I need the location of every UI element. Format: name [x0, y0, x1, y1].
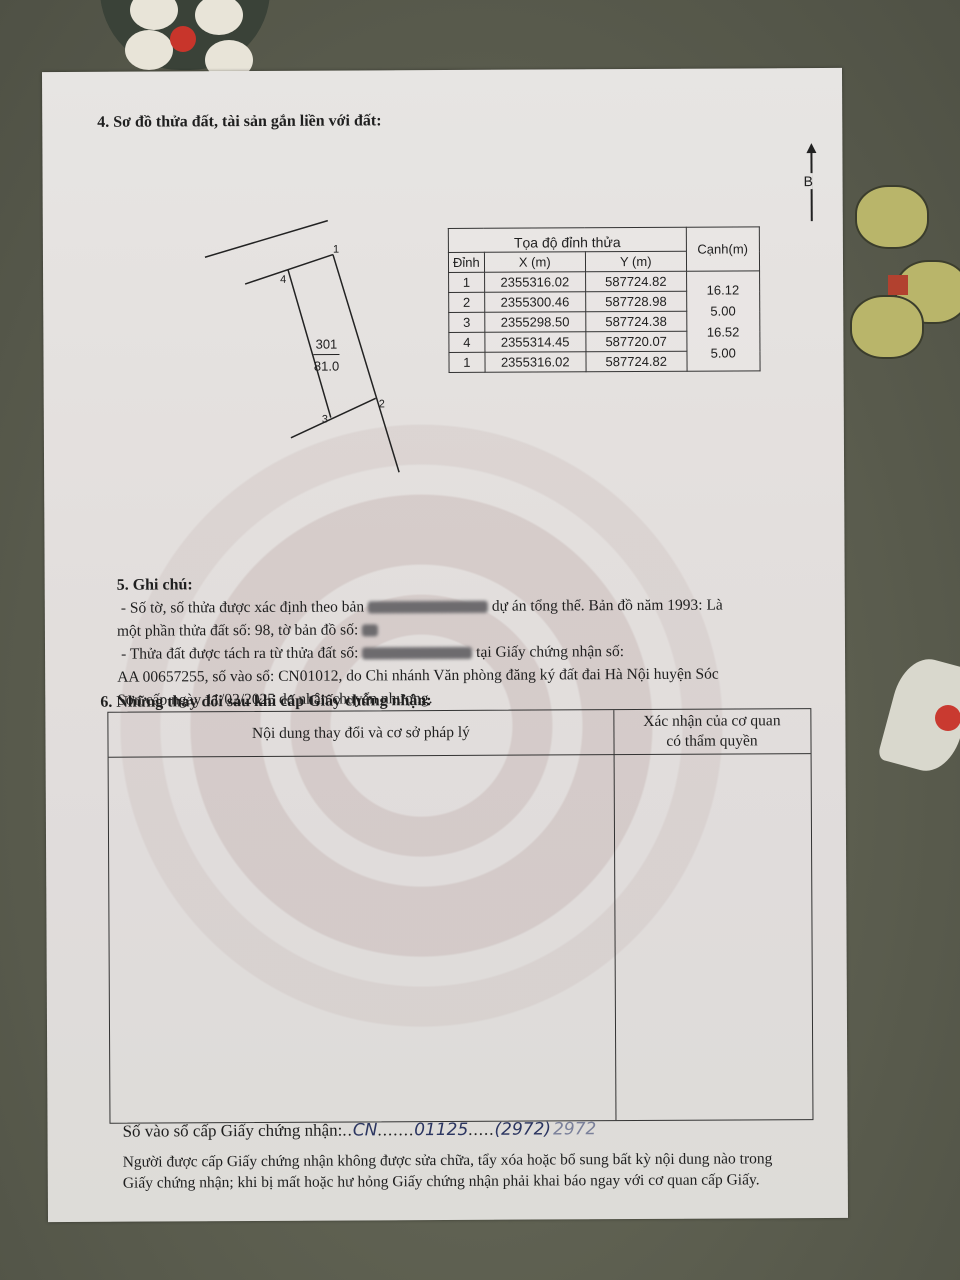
vertex-cell: 1	[449, 272, 485, 292]
vertex-header: Đỉnh	[448, 252, 484, 272]
vertex-2-label: 2	[379, 398, 385, 410]
vertex-cell: 1	[449, 352, 485, 372]
north-label: B	[804, 173, 813, 189]
authority-confirmation-header: Xác nhận của cơ quan có thẩm quyền	[613, 709, 810, 754]
dots: .....	[468, 1120, 494, 1139]
header-line: Xác nhận của cơ quan	[643, 711, 780, 732]
note-text: - Số tờ, số thửa được xác định theo bản	[121, 598, 364, 616]
registration-label: Số vào sổ cấp Giấy chứng nhận:	[122, 1121, 342, 1141]
x-cell: 2355300.46	[484, 292, 585, 313]
vertex-1-label: 1	[333, 244, 339, 256]
redacted-text	[362, 647, 472, 660]
changes-table: Nội dung thay đổi và cơ sở pháp lý Xác n…	[107, 708, 813, 1124]
x-cell: 2355298.50	[485, 312, 586, 333]
vertex-cell: 4	[449, 332, 485, 352]
x-cell: 2355316.02	[485, 352, 586, 373]
dots: ..	[342, 1120, 353, 1139]
registration-number-line: Số vào sổ cấp Giấy chứng nhận:..CN......…	[122, 1119, 596, 1141]
redacted-text	[362, 625, 378, 637]
header-line: có thẩm quyền	[643, 731, 780, 752]
dots: .......	[377, 1120, 414, 1139]
coord-table-title: Tọa độ đỉnh thửa	[448, 227, 686, 252]
edge-3-4: 16.52	[687, 321, 759, 342]
section-5-notes: 5. Ghi chú: - Số tờ, số thửa được xác đị…	[117, 570, 828, 712]
background-star-motif	[880, 650, 960, 780]
warning-text: Người được cấp Giấy chứng nhận không đượ…	[123, 1148, 843, 1194]
changes-content-header: Nội dung thay đổi và cơ sở pháp lý	[108, 710, 613, 757]
redacted-text	[368, 601, 488, 614]
vertex-cell: 2	[449, 292, 485, 312]
section-4-title: 4. Sơ đồ thửa đất, tài sản gắn liền với …	[97, 112, 381, 131]
edge-header: Cạnh(m)	[686, 227, 759, 271]
handwritten-extra: 2972	[553, 1119, 596, 1139]
edge-lengths: 16.12 5.00 16.52 5.00	[686, 271, 760, 371]
y-cell: 587724.82	[586, 351, 687, 372]
handwritten-number: 01125	[414, 1120, 468, 1140]
y-cell: 587724.38	[586, 311, 687, 332]
y-cell: 587720.07	[586, 331, 687, 352]
note-text: dự án tổng thể. Bản đồ năm 1993: Là	[492, 597, 723, 615]
section-6-title: 6. Những thay đổi sau khi cấp Giấy chứng…	[100, 692, 431, 712]
edge-4-1: 5.00	[687, 342, 759, 363]
handwritten-paren: (2972)	[494, 1119, 551, 1139]
parcel-diagram: 1 4 3 2 301 81.0	[193, 210, 455, 501]
handwritten-prefix: CN	[353, 1120, 378, 1140]
parcel-number: 301	[316, 337, 338, 352]
x-cell: 2355316.02	[484, 272, 585, 293]
vertex-cell: 3	[449, 312, 485, 332]
background-flower-motif-right	[850, 175, 960, 365]
note-text: tại Giấy chứng nhận số:	[476, 643, 624, 661]
warning-line: Giấy chứng nhận; khi bị mất hoặc hư hỏng…	[123, 1169, 843, 1194]
vertex-3-label: 3	[322, 414, 328, 426]
edge-1-2: 16.12	[687, 279, 759, 300]
background-flower-motif	[100, 0, 270, 70]
note-text: một phần thửa đất số: 98, tờ bản đồ số:	[117, 621, 358, 639]
note-text: - Thửa đất được tách ra từ thửa đất số:	[121, 644, 358, 662]
y-header: Y (m)	[585, 251, 686, 272]
north-arrow-icon: B	[804, 143, 818, 221]
table-row: 1 2355316.02 587724.82 16.12 5.00 16.52 …	[449, 271, 760, 293]
x-header: X (m)	[484, 252, 585, 273]
edge-2-3: 5.00	[687, 300, 759, 321]
y-cell: 587728.98	[585, 291, 686, 312]
y-cell: 587724.82	[585, 271, 686, 292]
parcel-area: 81.0	[314, 359, 339, 374]
land-certificate-page: 4. Sơ đồ thửa đất, tài sản gắn liền với …	[42, 68, 848, 1222]
coordinate-table: Tọa độ đỉnh thửa Cạnh(m) Đỉnh X (m) Y (m…	[448, 226, 761, 373]
vertex-4-label: 4	[280, 274, 286, 286]
x-cell: 2355314.45	[485, 332, 586, 353]
